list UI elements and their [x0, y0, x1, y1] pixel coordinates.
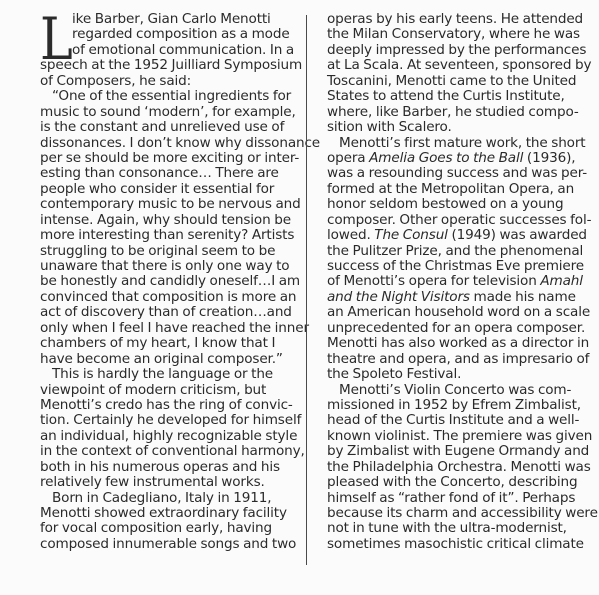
text-line: chambers of my heart, I know that I [40, 336, 302, 351]
text-line: himself as “rather fond of it”. Perhaps [327, 491, 593, 506]
text-line: known violinist. The premiere was given [327, 429, 593, 444]
italic-title: and the Night Visitors [327, 289, 470, 305]
text-line: for vocal composition early, having [40, 521, 302, 536]
text-line: theatre and opera, and as impresario of [327, 352, 593, 367]
text-line: composer. Other operatic successes fol- [327, 213, 593, 228]
text-line: the Pulitzer Prize, and the phenomenal [327, 244, 593, 259]
text-line: esting than consonance… There are [40, 166, 302, 181]
italic-title: The Consul [374, 227, 448, 243]
text-line: States to attend the Curtis Institute, [327, 89, 593, 104]
text-line: an individual, highly recognizable style [40, 429, 302, 444]
text-line: unaware that there is only one way to [40, 259, 302, 274]
text-line: struggling to be original seem to be [40, 244, 302, 259]
text-line: deeply impressed by the performances [327, 43, 593, 58]
text-line: where, like Barber, he studied compo- [327, 105, 593, 120]
text-line: missioned in 1952 by Efrem Zimbalist, [327, 398, 593, 413]
text-line: act of discovery than of creation…and [40, 305, 302, 320]
left-column: ike Barber, Gian Carlo Menottiregarded c… [40, 12, 302, 552]
text-line: of emotional communication. In a [40, 43, 302, 58]
text-line: “One of the essential ingredients for [40, 89, 302, 104]
column-divider [306, 15, 307, 565]
text-run: opera [327, 150, 369, 166]
text-line: composed innumerable songs and two [40, 537, 302, 552]
text-line: because its charm and accessibility were [327, 506, 593, 521]
text-line: of Menotti’s opera for television Amahl [327, 274, 593, 289]
text-line: dissonances. I don’t know why dissonance [40, 136, 302, 151]
booklet-page: L ike Barber, Gian Carlo Menottiregarded… [0, 0, 599, 595]
text-line: more interesting than serenity? Artists [40, 228, 302, 243]
text-line: have become an original composer.” [40, 352, 302, 367]
text-line: Menotti showed extraordinary facility [40, 506, 302, 521]
text-line: operas by his early teens. He attended [327, 12, 593, 27]
text-line: is the constant and unrelieved use of [40, 120, 302, 135]
text-line: both in his numerous operas and his [40, 460, 302, 475]
text-line: unprecedented for an opera composer. [327, 321, 593, 336]
text-line: contemporary music to be nervous and [40, 197, 302, 212]
text-line: head of the Curtis Institute and a well- [327, 413, 593, 428]
text-line: an American household word on a scale [327, 305, 593, 320]
text-line: be honestly and candidly oneself…I am [40, 274, 302, 289]
text-line: at La Scala. At seventeen, sponsored by [327, 58, 593, 73]
text-line: This is hardly the language or the [40, 367, 302, 382]
text-line: and the Night Visitors made his name [327, 290, 593, 305]
text-line: the Philadelphia Orchestra. Menotti was [327, 460, 593, 475]
text-line: Born in Cadegliano, Italy in 1911, [40, 491, 302, 506]
text-line: not in tune with the ultra-modernist, [327, 521, 593, 536]
text-run: (1936), [523, 150, 575, 166]
text-line: of Composers, he said: [40, 74, 302, 89]
text-line: tion. Certainly he developed for himself [40, 413, 302, 428]
text-line: lowed. The Consul (1949) was awarded [327, 228, 593, 243]
italic-title: Amelia Goes to the Ball [369, 150, 523, 166]
text-line: opera Amelia Goes to the Ball (1936), [327, 151, 593, 166]
text-line: speech at the 1952 Juilliard Symposium [40, 58, 302, 73]
text-line: intense. Again, why should tension be [40, 213, 302, 228]
text-line: only when I feel I have reached the inne… [40, 321, 302, 336]
text-line: sition with Scalero. [327, 120, 593, 135]
text-line: by Zimbalist with Eugene Ormandy and [327, 444, 593, 459]
text-line: music to sound ‘modern’, for example, [40, 105, 302, 120]
italic-title: Amahl [540, 273, 583, 289]
text-run: made his name [470, 289, 576, 305]
text-run: (1949) was awarded [448, 227, 587, 243]
text-line: formed at the Metropolitan Opera, an [327, 182, 593, 197]
text-line: Menotti’s first mature work, the short [327, 136, 593, 151]
text-line: sometimes masochistic critical climate [327, 537, 593, 552]
text-line: in the context of conventional harmony, [40, 444, 302, 459]
text-line: success of the Christmas Eve premiere [327, 259, 593, 274]
text-line: ike Barber, Gian Carlo Menotti [40, 12, 302, 27]
text-line: people who consider it essential for [40, 182, 302, 197]
text-line: was a resounding success and was per- [327, 166, 593, 181]
text-run: lowed. [327, 227, 374, 243]
text-line: relatively few instrumental works. [40, 475, 302, 490]
right-column: operas by his early teens. He attendedth… [327, 12, 593, 552]
text-line: Menotti’s Violin Concerto was com- [327, 383, 593, 398]
text-line: the Milan Conservatory, where he was [327, 27, 593, 42]
text-line: regarded composition as a mode [40, 27, 302, 42]
text-run: of Menotti’s opera for television [327, 273, 540, 289]
text-line: the Spoleto Festival. [327, 367, 593, 382]
text-line: Toscanini, Menotti came to the United [327, 74, 593, 89]
text-line: honor seldom bestowed on a young [327, 197, 593, 212]
text-line: per se should be more exciting or inter- [40, 151, 302, 166]
text-line: pleased with the Concerto, describing [327, 475, 593, 490]
text-line: viewpoint of modern criticism, but [40, 383, 302, 398]
text-line: convinced that composition is more an [40, 290, 302, 305]
text-line: Menotti’s credo has the ring of convic- [40, 398, 302, 413]
text-line: Menotti has also worked as a director in [327, 336, 593, 351]
